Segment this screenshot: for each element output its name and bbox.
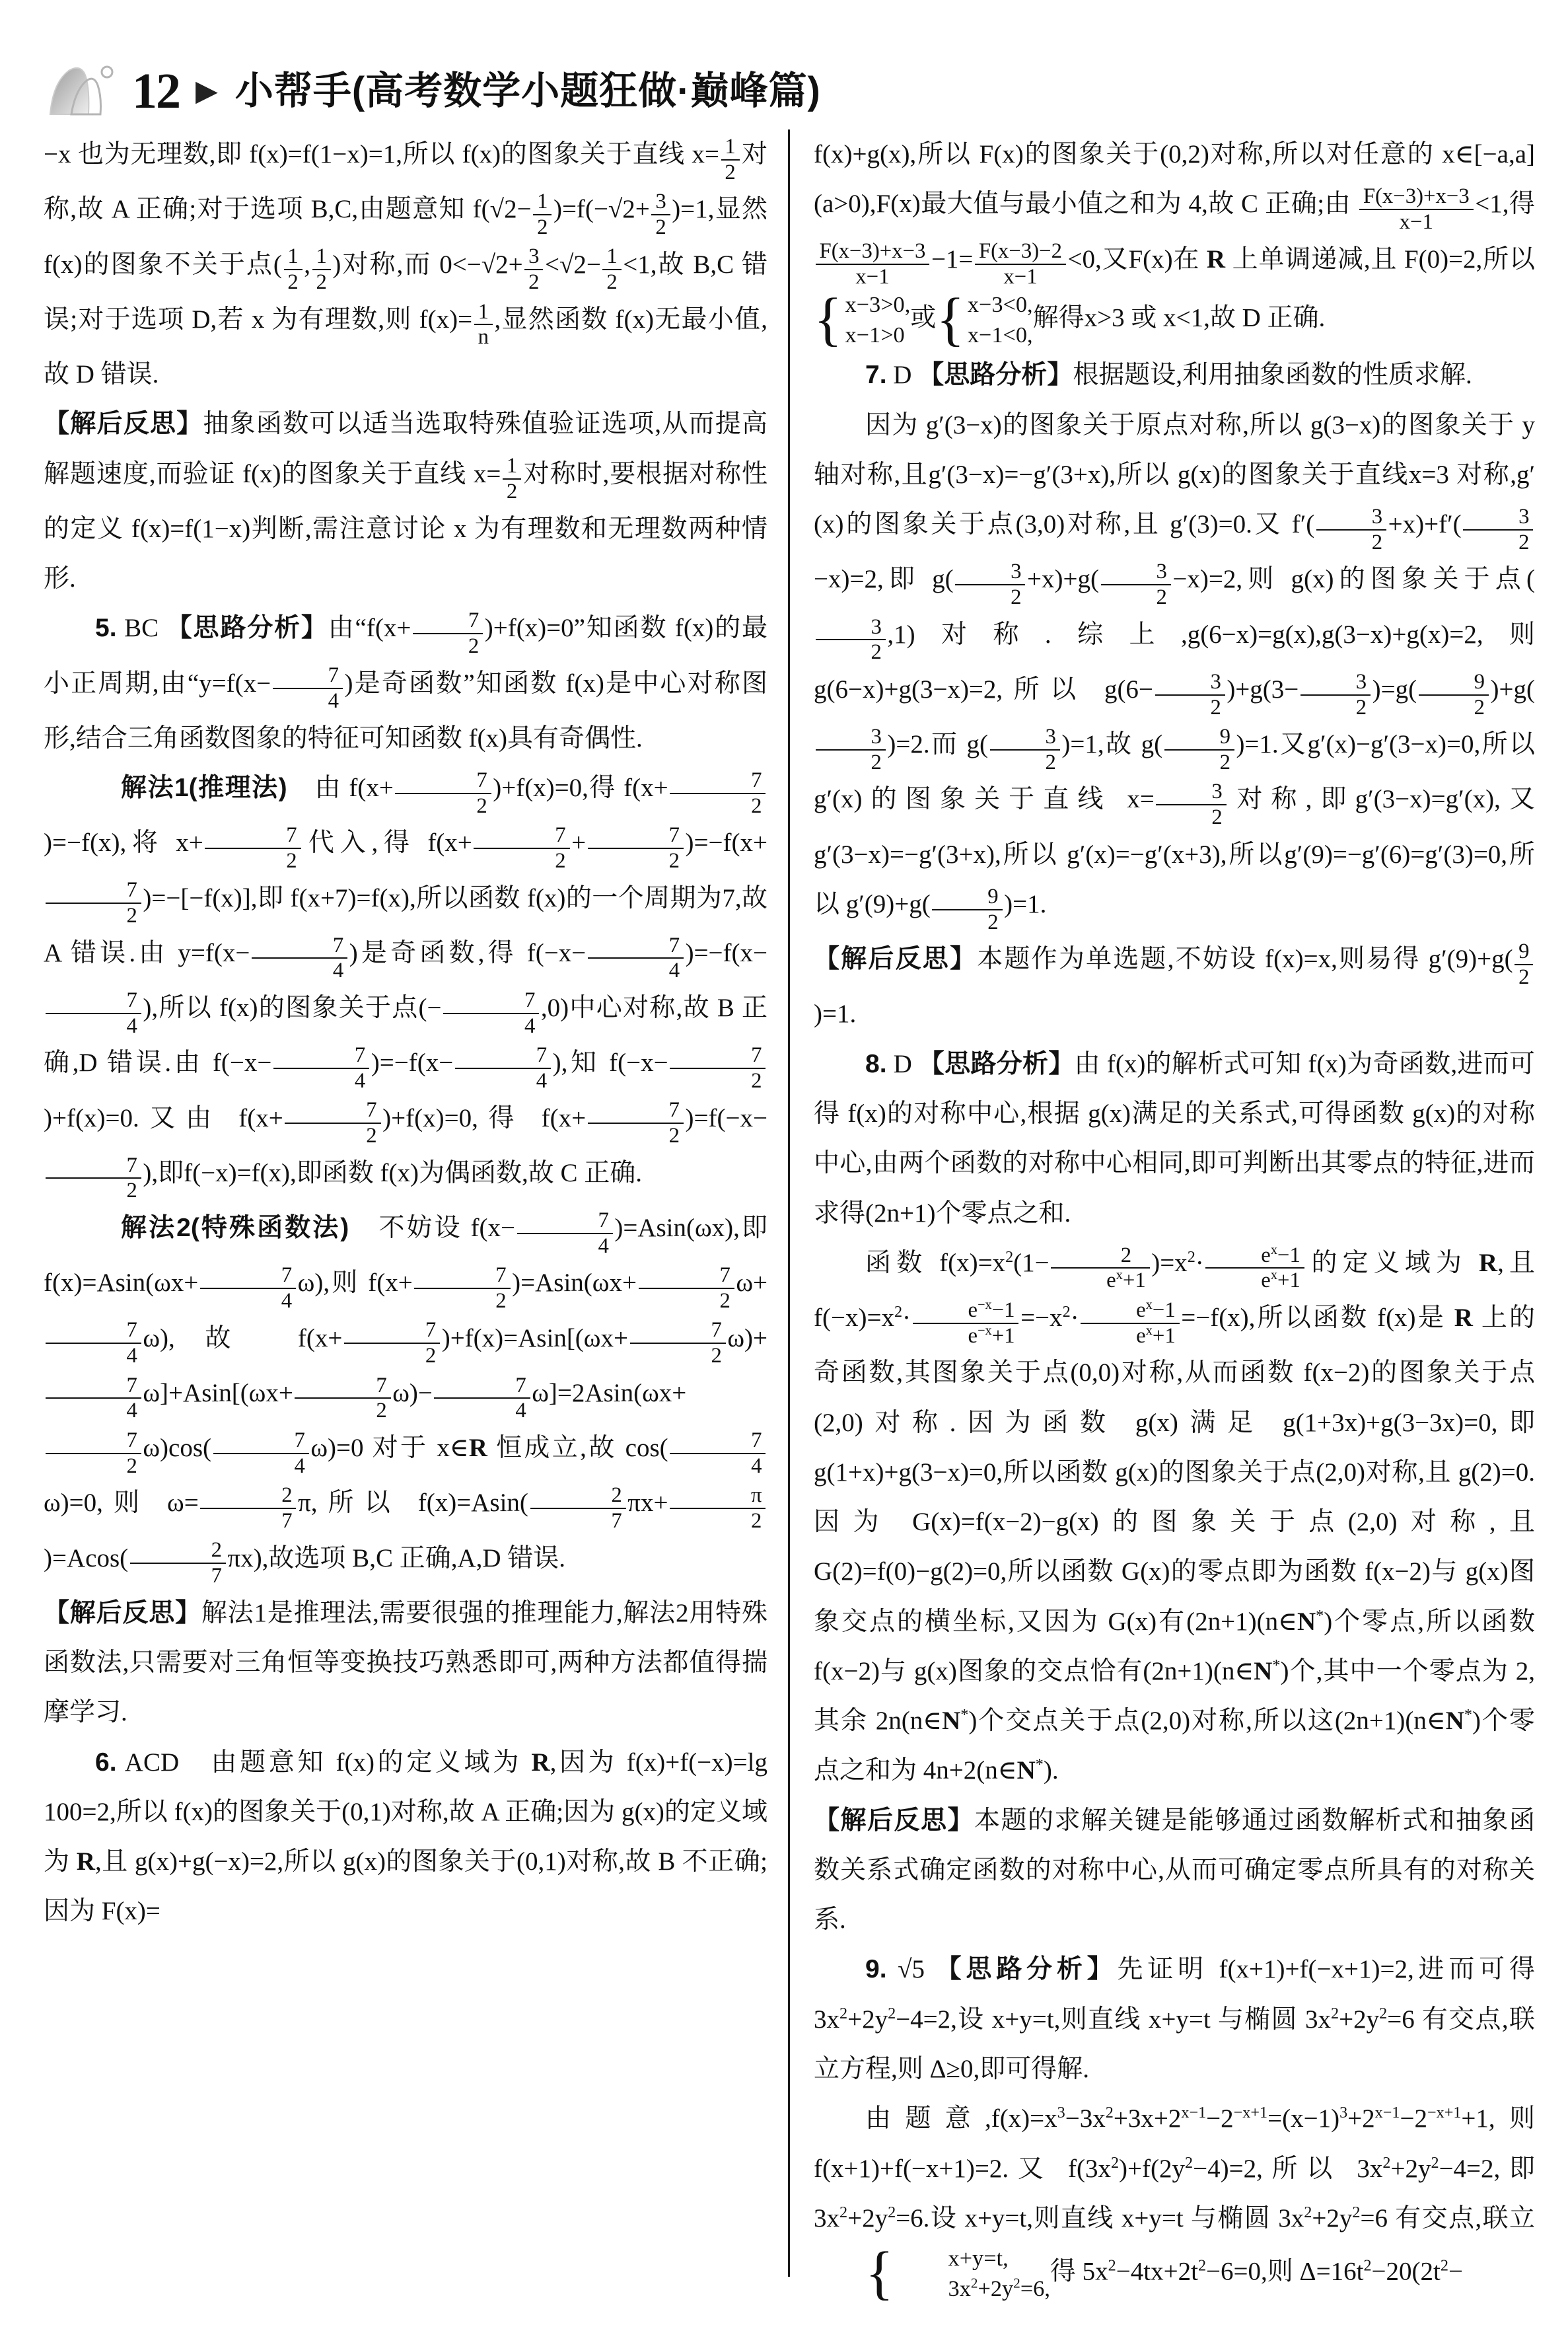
play-arrow-icon: ▶	[196, 77, 223, 106]
cases-brace: {x−3<0,x−1<0,	[936, 289, 1032, 351]
solution-paragraph: 因为 g′(3−x)的图象关于原点对称,所以 g(3−x)的图象关于 y 轴对称…	[814, 400, 1535, 935]
right-column: f(x)+g(x),所以 F(x)的图象关于(0,2)对称,所以对任意的 x∈[…	[814, 129, 1535, 2305]
solution-paragraph: 由题意,f(x)=x3−3x2+3x+2x−1−2−x+1=(x−1)3+2x−…	[814, 2094, 1535, 2304]
solution-paragraph: 6. ACD 由题意知 f(x)的定义域为 R,因为 f(x)+f(−x)=lg…	[44, 1738, 767, 1937]
cases-brace: {x+y=t,3x2+2y2=6,	[814, 2243, 1050, 2305]
solution-paragraph: f(x)+g(x),所以 F(x)的图象关于(0,2)对称,所以对任意的 x∈[…	[814, 129, 1535, 350]
page-header: 12 ▶ 小帮手(高考数学小题狂做·巅峰篇)	[46, 58, 1526, 124]
solution-paragraph: 5. BC 【思路分析】由“f(x+72)+f(x)=0”知函数 f(x)的最小…	[44, 603, 767, 763]
page-number: 12	[131, 66, 184, 116]
solution-paragraph: 【解后反思】本题作为单选题,不妨设 f(x)=x,则易得 g′(9)+g(92)…	[814, 934, 1535, 1039]
page-title: 小帮手(高考数学小题狂做·巅峰篇)	[235, 72, 821, 110]
cases-brace: {x−3>0,x−1>0	[814, 289, 910, 351]
textbook-page: { "page": { "number": "12", "title": "小帮…	[0, 0, 1568, 2325]
solution-paragraph: 函数 f(x)=x2(1−2ex+1)=x2·ex−1ex+1的定义域为 R,且…	[814, 1238, 1535, 1796]
solution-paragraph: 8. D 【思路分析】由 f(x)的解析式可知 f(x)为奇函数,进而可得 f(…	[814, 1039, 1535, 1238]
left-column: −x 也为无理数,即 f(x)=f(1−x)=1,所以 f(x)的图象关于直线 …	[44, 129, 767, 1937]
solution-paragraph: 7. D 【思路分析】根据题设,利用抽象函数的性质求解.	[814, 350, 1535, 400]
solution-paragraph: 9. √5 【思路分析】先证明 f(x+1)+f(−x+1)=2,进而可得 3x…	[814, 1944, 1535, 2094]
solution-paragraph: 解法2(特殊函数法) 不妨设 f(x−74)=Asin(ωx),即 f(x)=A…	[44, 1203, 767, 1588]
solution-paragraph: 【解后反思】抽象函数可以适当选取特殊值验证选项,从而提高解题速度,而验证 f(x…	[44, 399, 767, 603]
column-divider	[788, 129, 790, 2277]
solution-paragraph: 【解后反思】本题的求解关键是能够通过函数解析式和抽象函数关系式确定函数的对称中心…	[814, 1796, 1535, 1945]
publisher-logo-icon	[46, 63, 119, 120]
solution-paragraph: −x 也为无理数,即 f(x)=f(1−x)=1,所以 f(x)的图象关于直线 …	[44, 129, 767, 399]
solution-paragraph: 解法1(推理法) 由 f(x+72)+f(x)=0,得 f(x+72)=−f(x…	[44, 763, 767, 1203]
solution-paragraph: 【解后反思】解法1是推理法,需要很强的推理能力,解法2用特殊函数法,只需要对三角…	[44, 1588, 767, 1738]
